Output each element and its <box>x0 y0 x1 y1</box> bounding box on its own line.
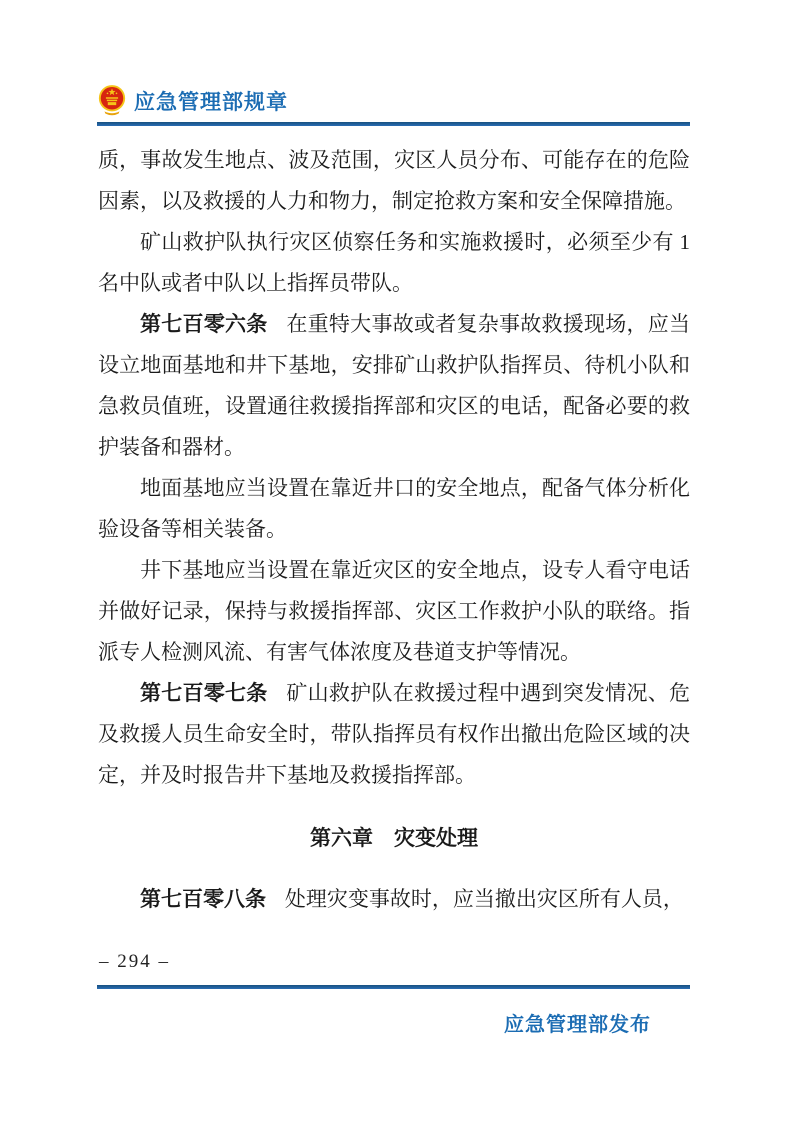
header-divider <box>97 122 690 126</box>
paragraph-article-708: 第七百零八条处理灾变事故时，应当撤出灾区所有人员， <box>98 879 690 920</box>
paragraph-article-706: 第七百零六条在重特大事故或者复杂事故救援现场，应当设立地面基地和井下基地，安排矿… <box>98 304 690 468</box>
header-title: 应急管理部规章 <box>134 86 288 116</box>
paragraph: 地面基地应当设置在靠近井口的安全地点，配备气体分析化验设备等相关装备。 <box>98 468 690 550</box>
national-emblem-icon <box>97 84 127 118</box>
paragraph-article-707: 第七百零七条矿山救护队在救援过程中遇到突发情况、危及救援人员生命安全时，带队指挥… <box>98 673 690 796</box>
page-number: – 294 – <box>99 950 170 974</box>
article-number: 第七百零六条 <box>140 313 268 336</box>
paragraph-text: 地面基地应当设置在靠近井口的安全地点，配备气体分析化验设备等相关装备。 <box>98 476 690 541</box>
paragraph: 矿山救护队执行灾区侦察任务和实施救援时，必须至少有 1 名中队或者中队以上指挥员… <box>98 222 690 304</box>
article-number: 第七百零八条 <box>140 888 266 911</box>
page-header: 应急管理部规章 <box>97 84 288 118</box>
paragraph: 井下基地应当设置在靠近灾区的安全地点，设专人看守电话并做好记录，保持与救援指挥部… <box>98 550 690 673</box>
publisher-label: 应急管理部发布 <box>504 1008 651 1037</box>
paragraph-text: 矿山救护队执行灾区侦察任务和实施救援时，必须至少有 1 名中队或者中队以上指挥员… <box>98 230 690 295</box>
paragraph-text: 质，事故发生地点、波及范围，灾区人员分布、可能存在的危险因素，以及救援的人力和物… <box>98 148 690 213</box>
paragraph-text: 井下基地应当设置在靠近灾区的安全地点，设专人看守电话并做好记录，保持与救援指挥部… <box>98 558 690 664</box>
document-page: 应急管理部规章 质，事故发生地点、波及范围，灾区人员分布、可能存在的危险因素，以… <box>0 0 793 1122</box>
document-body: 质，事故发生地点、波及范围，灾区人员分布、可能存在的危险因素，以及救援的人力和物… <box>98 140 690 920</box>
paragraph-continuation: 质，事故发生地点、波及范围，灾区人员分布、可能存在的危险因素，以及救援的人力和物… <box>98 140 690 222</box>
chapter-heading: 第六章 灾变处理 <box>98 818 690 859</box>
article-number: 第七百零七条 <box>140 682 268 705</box>
paragraph-text: 处理灾变事故时，应当撤出灾区所有人员， <box>285 887 684 911</box>
footer-divider <box>97 985 690 989</box>
